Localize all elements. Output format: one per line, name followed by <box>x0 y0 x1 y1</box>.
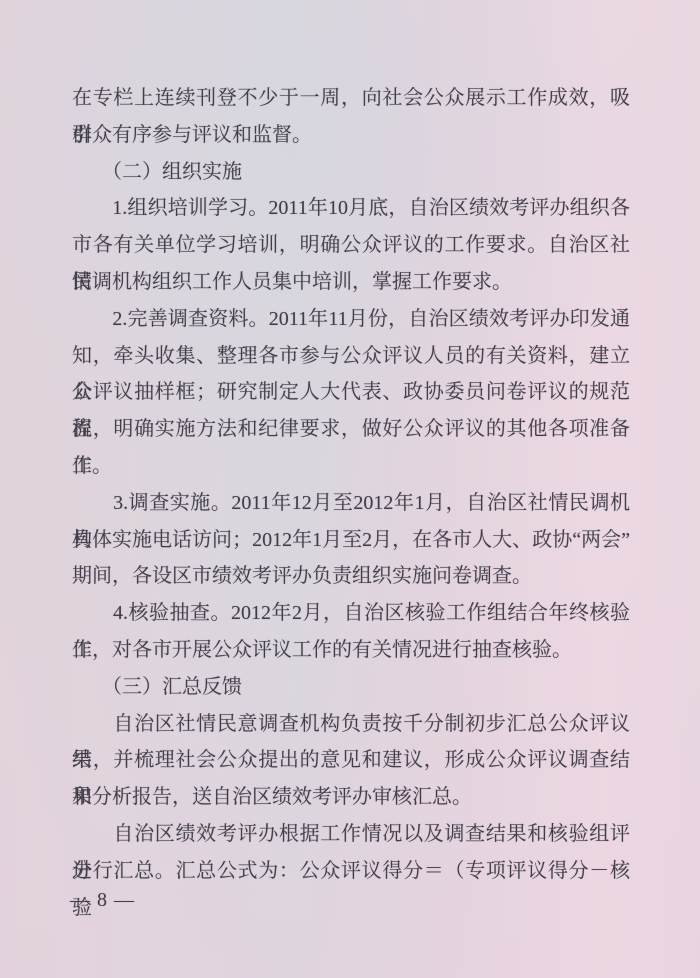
text-line: 3.调查实施。2011年12月至2012年1月，自治区社情民调机构 <box>72 485 630 522</box>
text-line: 在专栏上连续刊登不少于一周，向社会公众展示工作成效，吸引 <box>72 80 630 117</box>
text-line: 知，牵头收集、整理各市参与公众评议人员的有关资料，建立公 <box>72 338 630 375</box>
text-line: 民调机构组织工作人员集中培训，掌握工作要求。 <box>72 264 630 301</box>
scanned-document-page: 在专栏上连续刊登不少于一周，向社会公众展示工作成效，吸引群众有序参与评议和监督。… <box>0 0 700 978</box>
paragraph: 自治区社情民意调查机构负责按千分制初步汇总公众评议结果，并梳理社会公众提出的意见… <box>72 706 630 816</box>
paragraph: 自治区绩效考评办根据工作情况以及调查结果和核验组评分进行汇总。汇总公式为：公众评… <box>72 816 630 890</box>
text-line: 期间，各设区市绩效考评办负责组织实施问卷调查。 <box>72 558 630 595</box>
paragraph: 在专栏上连续刊登不少于一周，向社会公众展示工作成效，吸引群众有序参与评议和监督。 <box>72 80 630 154</box>
section-heading: （二）组织实施 <box>72 154 630 191</box>
text-line: 和分析报告，送自治区绩效考评办审核汇总。 <box>72 779 630 816</box>
document-body: 在专栏上连续刊登不少于一周，向社会公众展示工作成效，吸引群众有序参与评议和监督。… <box>72 80 630 890</box>
text-line: 4.核验抽查。2012年2月，自治区核验工作组结合年终核验工 <box>72 595 630 632</box>
text-line: 1.组织培训学习。2011年10月底，自治区绩效考评办组织各 <box>72 190 630 227</box>
text-line: 自治区社情民意调查机构负责按千分制初步汇总公众评议结 <box>72 706 630 743</box>
text-line: 市各有关单位学习培训，明确公众评议的工作要求。自治区社情 <box>72 227 630 264</box>
page-number: — 8 — <box>70 884 135 916</box>
text-line: 群众有序参与评议和监督。 <box>72 117 630 154</box>
text-line: 果，并梳理社会公众提出的意见和建议，形成公众评议调查结果 <box>72 742 630 779</box>
text-line: 作，对各市开展公众评议工作的有关情况进行抽查核验。 <box>72 632 630 669</box>
section-heading: （三）汇总反馈 <box>72 669 630 706</box>
text-line: 具体实施电话访问；2012年1月至2月，在各市人大、政协“两会” <box>72 522 630 559</box>
text-line: 众评议抽样框；研究制定人大代表、政协委员问卷评议的规范流 <box>72 374 630 411</box>
text-line: 自治区绩效考评办根据工作情况以及调查结果和核验组评分 <box>72 816 630 853</box>
text-line: 进行汇总。汇总公式为：公众评议得分＝（专项评议得分－核验 <box>72 853 630 890</box>
paragraph: 4.核验抽查。2012年2月，自治区核验工作组结合年终核验工作，对各市开展公众评… <box>72 595 630 669</box>
text-line: 程，明确实施方法和纪律要求，做好公众评议的其他各项准备工 <box>72 411 630 448</box>
paragraph: 3.调查实施。2011年12月至2012年1月，自治区社情民调机构具体实施电话访… <box>72 485 630 595</box>
text-line: 2.完善调查资料。2011年11月份，自治区绩效考评办印发通 <box>72 301 630 338</box>
text-line: 作。 <box>72 448 630 485</box>
paragraph: 2.完善调查资料。2011年11月份，自治区绩效考评办印发通知，牵头收集、整理各… <box>72 301 630 485</box>
paragraph: 1.组织培训学习。2011年10月底，自治区绩效考评办组织各市各有关单位学习培训… <box>72 190 630 300</box>
text-line: （二）组织实施 <box>72 154 630 191</box>
text-line: （三）汇总反馈 <box>72 669 630 706</box>
